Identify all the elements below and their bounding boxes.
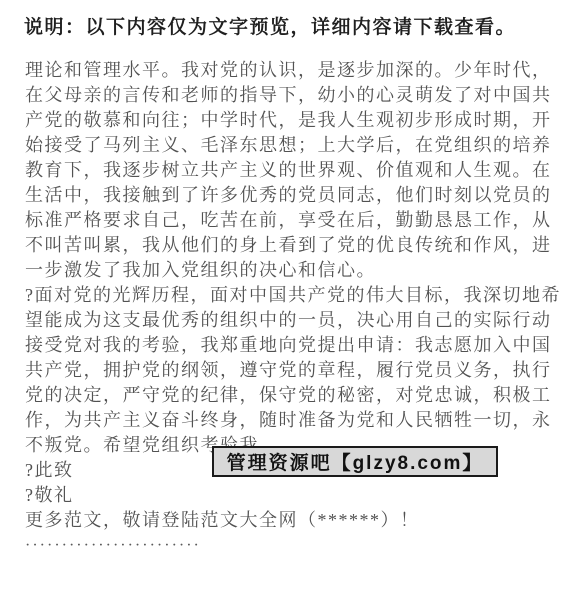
preview-notice: 说明：以下内容仅为文字预览，详细内容请下载查看。 xyxy=(24,16,516,40)
watermark-text: 管理资源吧【glzy8.com】 xyxy=(227,448,484,475)
document-line: 产党的敬慕和向往；中学时代，是我人生观初步形成时期，开 xyxy=(25,108,570,133)
document-line: 望能成为这支最优秀的组织中的一员，决心用自己的实际行动 xyxy=(25,308,570,333)
document-line: 党的决定，严守党的纪律，保守党的秘密，对党忠诚，积极工 xyxy=(25,383,570,408)
document-body: 理论和管理水平。我对党的认识，是逐步加深的。少年时代，在父母亲的言传和老师的指导… xyxy=(25,58,570,558)
document-preview-page: 说明：以下内容仅为文字预览，详细内容请下载查看。 理论和管理水平。我对党的认识，… xyxy=(0,0,578,600)
document-line: 教育下，我逐步树立共产主义的世界观、价值观和人生观。在 xyxy=(25,158,570,183)
document-line: 一步激发了我加入党组织的决心和信心。 xyxy=(25,258,570,283)
document-line: ?面对党的光辉历程，面对中国共产党的伟大目标，我深切地希 xyxy=(25,283,570,308)
document-line: 接受党对我的考验，我郑重地向党提出申请：我志愿加入中国 xyxy=(25,333,570,358)
document-line: 始接受了马列主义、毛泽东思想；上大学后，在党组织的培养 xyxy=(25,133,570,158)
watermark-badge: 管理资源吧【glzy8.com】 xyxy=(212,446,498,477)
document-line: 不叫苦叫累，我从他们的身上看到了党的优良传统和作风，进 xyxy=(25,233,570,258)
document-line: ?敬礼 xyxy=(25,483,570,508)
document-line: 生活中，我接触到了许多优秀的党员同志，他们时刻以党员的 xyxy=(25,183,570,208)
document-line: 标准严格要求自己，吃苦在前，享受在后，勤勤恳恳工作，从 xyxy=(25,208,570,233)
document-line: ························ xyxy=(25,533,570,558)
document-line: 理论和管理水平。我对党的认识，是逐步加深的。少年时代， xyxy=(25,58,570,83)
document-line: 作，为共产主义奋斗终身，随时准备为党和人民牺牲一切，永 xyxy=(25,408,570,433)
document-line: 在父母亲的言传和老师的指导下，幼小的心灵萌发了对中国共 xyxy=(25,83,570,108)
document-line: 共产党，拥护党的纲领，遵守党的章程，履行党员义务，执行 xyxy=(25,358,570,383)
document-line: 更多范文，敬请登陆范文大全网（******）！ xyxy=(25,508,570,533)
